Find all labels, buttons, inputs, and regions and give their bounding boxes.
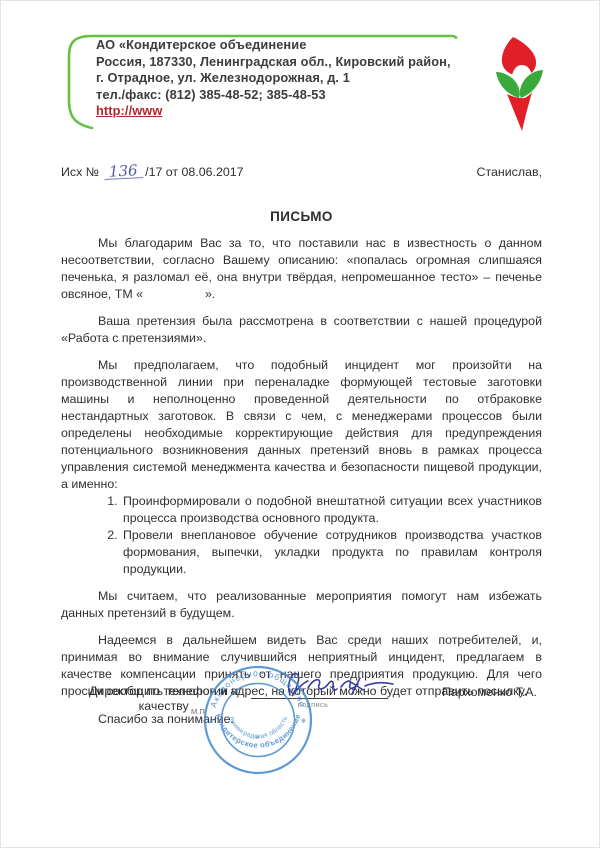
corrective-actions-list: Проинформировали о подобной внештатной с… — [61, 493, 542, 578]
paragraph-gratitude-text: Мы благодарим Вас за то, что поставили н… — [61, 236, 542, 301]
letter-title: ПИСЬМО — [61, 208, 542, 225]
company-stamp: Акционерное общество «Кондитерское объед… — [199, 661, 317, 779]
letterhead: АО «Кондитерское объединение Россия, 187… — [96, 37, 451, 120]
ref-suffix: /17 от 08.06.2017 — [145, 165, 243, 179]
paragraph-gratitude: Мы благодарим Вас за то, что поставили н… — [61, 235, 542, 303]
list-item-text: Проинформировали о подобной внештатной с… — [123, 494, 542, 525]
addressee: Станислав, — [477, 164, 542, 181]
handwritten-ref-number: 136 — [104, 164, 143, 180]
company-address-line1: Россия, 187330, Ленинградская обл., Киро… — [96, 54, 451, 71]
stamp-text-top: Акционерное общество — [208, 668, 308, 709]
paragraph-gratitude-end: ». — [205, 287, 215, 301]
ref-prefix: Исх № — [61, 165, 102, 179]
stamp-star-center: ❋ — [255, 735, 259, 741]
paragraph-confidence: Мы считаем, что реализованные мероприяти… — [61, 588, 542, 622]
website-link[interactable]: http://www — [96, 103, 451, 120]
stamp-star-right: ❋ — [301, 718, 306, 725]
company-address-line2: г. Отрадное, ул. Железнодорожная, д. 1 — [96, 70, 451, 87]
company-phone: тел./факс: (812) 385-48-52; 385-48-53 — [96, 87, 451, 104]
paragraph-analysis: Мы предполагаем, что подобный инцидент м… — [61, 357, 542, 493]
reference-row: Исх № 136/17 от 08.06.2017 Станислав, — [61, 163, 542, 181]
letter-page: АО «Кондитерское объединение Россия, 187… — [0, 0, 600, 848]
paragraph-procedure: Ваша претензия была рассмотрена в соотве… — [61, 313, 542, 347]
letter-body: Исх № 136/17 от 08.06.2017 Станислав, ПИ… — [61, 163, 542, 728]
company-logo-icon — [495, 34, 545, 134]
signer-name: Пархоменко Т.А. — [442, 685, 537, 699]
list-item: Проинформировали о подобной внештатной с… — [121, 493, 542, 527]
list-item-text: Провели внеплановое обучение сотрудников… — [123, 528, 542, 576]
company-name: АО «Кондитерское объединение — [96, 37, 451, 54]
list-item: Провели внеплановое обучение сотрудников… — [121, 527, 542, 578]
outgoing-reference: Исх № 136/17 от 08.06.2017 — [61, 164, 244, 181]
stamp-star-left: ❋ — [209, 718, 214, 725]
